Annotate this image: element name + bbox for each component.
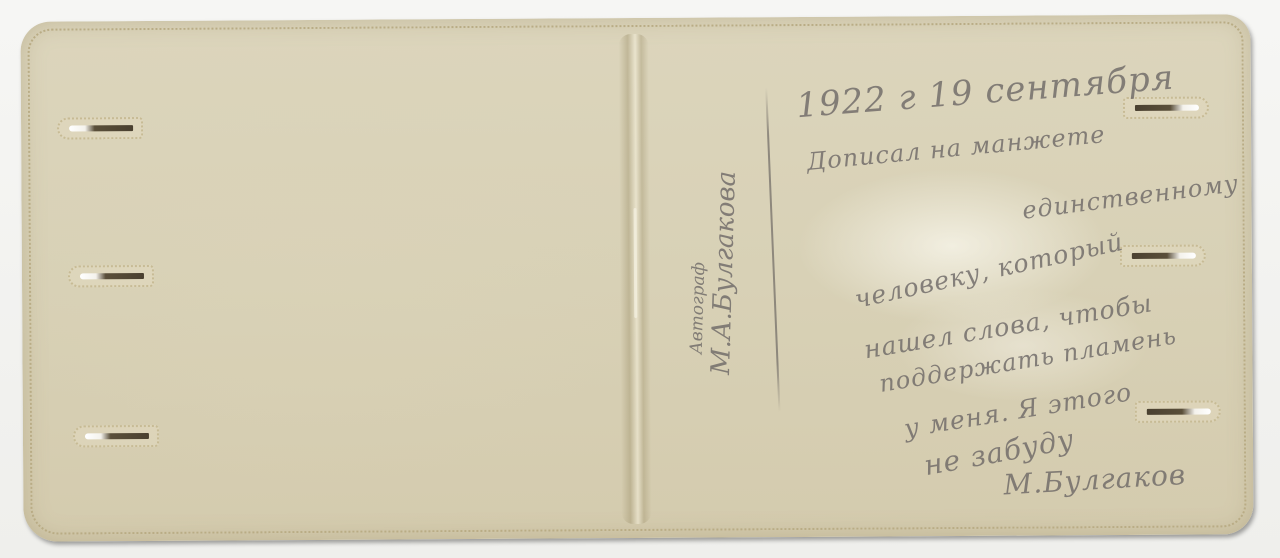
inscription-date: 1922 г 19 сентября (795, 58, 1176, 127)
pencil-vertical-line (765, 87, 780, 412)
inscription-signature: М.Булгаков (1002, 458, 1187, 502)
autograph-attribution: Автограф М.А.Булгакова (686, 170, 742, 375)
cloth-cuff: Автограф М.А.Булгакова 1922 г 19 сентябр… (20, 14, 1253, 542)
inscription-line: Дописал на манжете (806, 120, 1107, 176)
buttonhole-left-bottom (73, 425, 159, 448)
buttonhole-left-top (57, 117, 143, 140)
buttonhole-left-middle (68, 265, 154, 288)
inscription-line: единственному (1021, 169, 1241, 225)
buttonhole-right-middle (1120, 245, 1206, 268)
buttonhole-right-bottom (1135, 400, 1221, 423)
attribution-name: М.А.Булгакова (706, 170, 742, 375)
